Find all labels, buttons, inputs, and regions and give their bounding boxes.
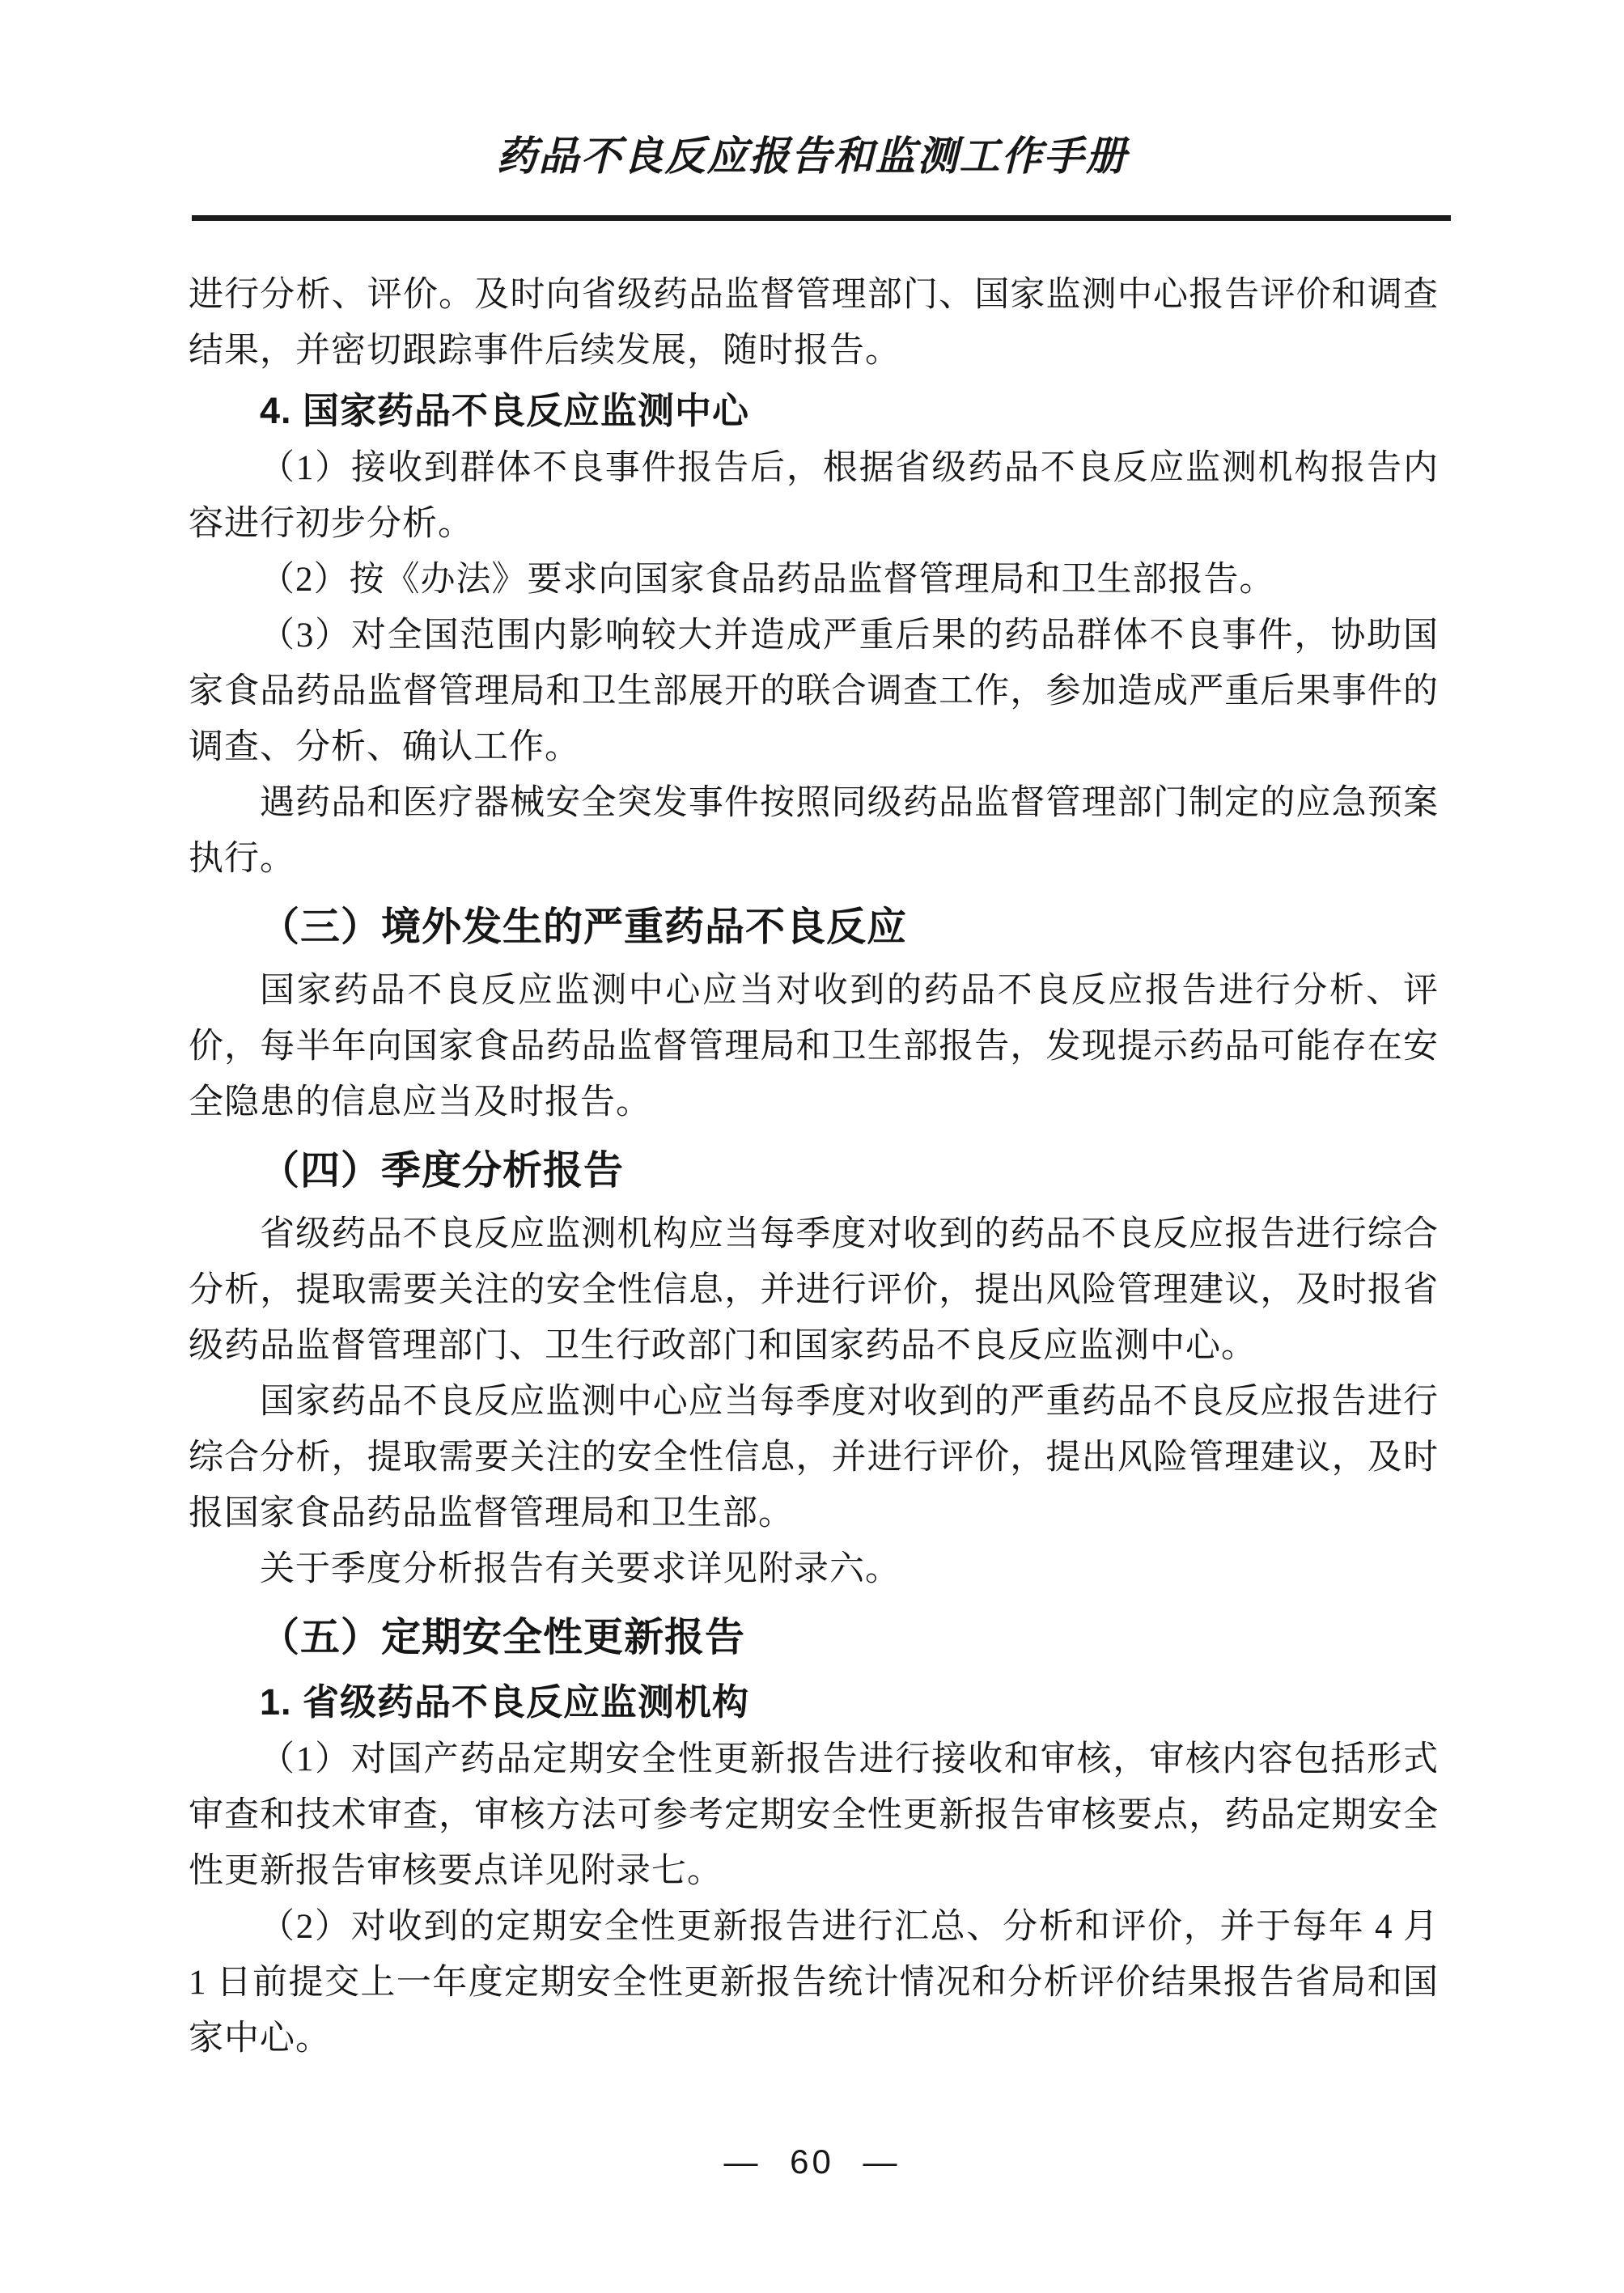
paragraph: 遇药品和医疗器械安全突发事件按照同级药品监督管理部门制定的应急预案执行。: [189, 775, 1439, 887]
document-body: 进行分析、评价。及时向省级药品监督管理部门、国家监测中心报告评价和调查结果，并密…: [189, 267, 1439, 2066]
paragraph: 关于季度分析报告有关要求详见附录六。: [189, 1541, 1439, 1597]
page-header-title: 药品不良反应报告和监测工作手册: [0, 132, 1624, 180]
paragraph: 省级药品不良反应监测机构应当每季度对收到的药品不良反应报告进行综合分析，提取需要…: [189, 1206, 1439, 1374]
section-heading: （五）定期安全性更新报告: [189, 1605, 1439, 1670]
paragraph: 国家药品不良反应监测中心应当每季度对收到的严重药品不良反应报告进行综合分析，提取…: [189, 1374, 1439, 1541]
section-heading: （三）境外发生的严重药品不良反应: [189, 895, 1439, 960]
page-number: — 60 —: [0, 2143, 1624, 2181]
document-page: 药品不良反应报告和监测工作手册 进行分析、评价。及时向省级药品监督管理部门、国家…: [0, 0, 1624, 2293]
section-heading: （四）季度分析报告: [189, 1138, 1439, 1203]
header-rule-divider: [192, 215, 1451, 221]
paragraph: （1）接收到群体不良事件报告后，根据省级药品不良反应监测机构报告内容进行初步分析…: [189, 440, 1439, 552]
paragraph-continuation: 进行分析、评价。及时向省级药品监督管理部门、国家监测中心报告评价和调查结果，并密…: [189, 267, 1439, 379]
paragraph: （2）对收到的定期安全性更新报告进行汇总、分析和评价，并于每年 4 月 1 日前…: [189, 1899, 1439, 2066]
numbered-heading: 4. 国家药品不良反应监测中心: [189, 382, 1439, 440]
paragraph: （3）对全国范围内影响较大并造成严重后果的药品群体不良事件，协助国家食品药品监督…: [189, 608, 1439, 775]
paragraph: （2）按《办法》要求向国家食品药品监督管理局和卫生部报告。: [189, 552, 1439, 608]
numbered-heading: 1. 省级药品不良反应监测机构: [189, 1673, 1439, 1731]
paragraph: 国家药品不良反应监测中心应当对收到的药品不良反应报告进行分析、评价，每半年向国家…: [189, 963, 1439, 1130]
paragraph: （1）对国产药品定期安全性更新报告进行接收和审核，审核内容包括形式审查和技术审查…: [189, 1731, 1439, 1899]
